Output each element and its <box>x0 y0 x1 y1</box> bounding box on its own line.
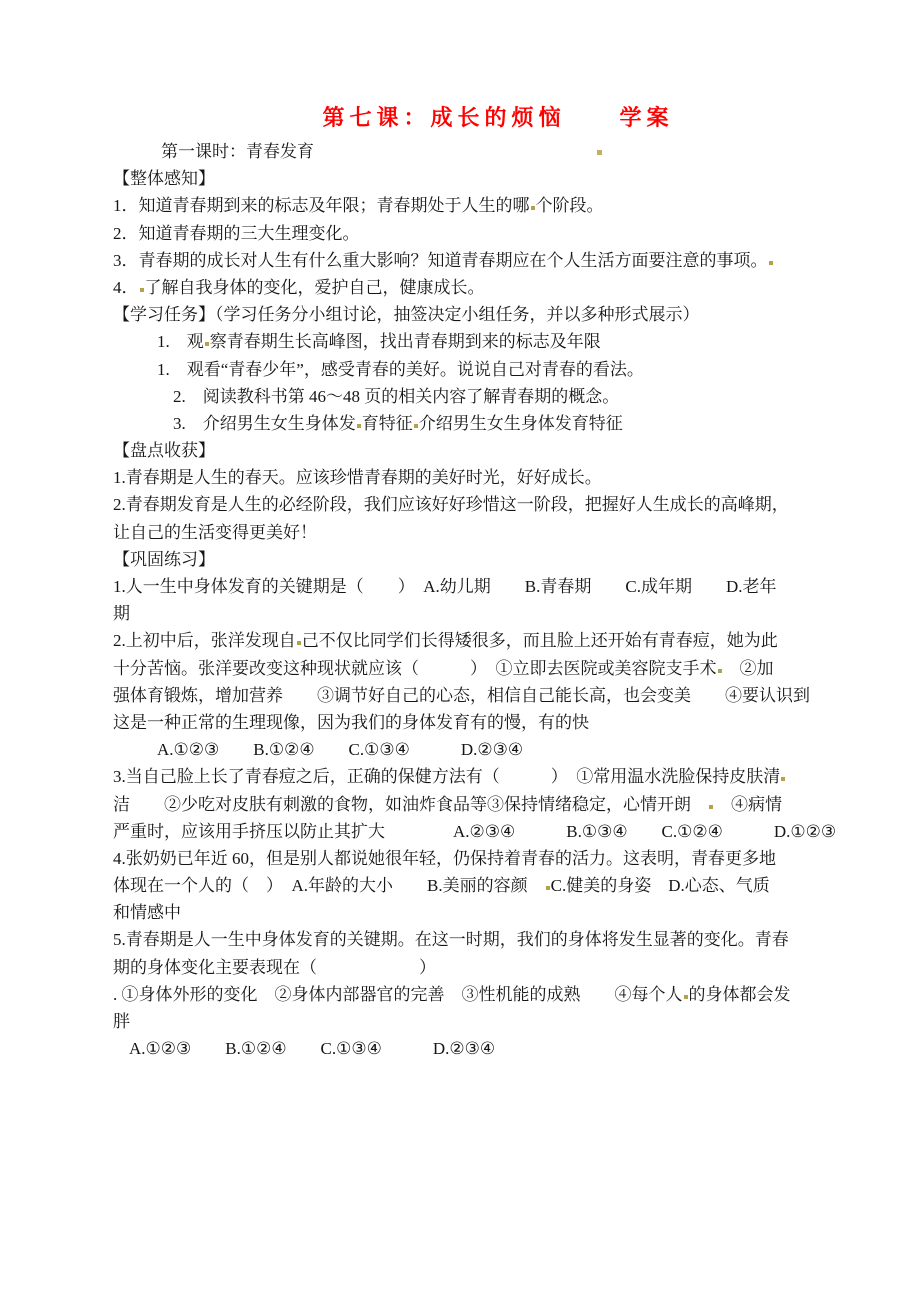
doc-line-12: 3. 介绍男生女生身体发育特征介绍男生女生身体发育特征 <box>113 410 920 437</box>
doc-line-4: 1．知道青春期到来的标志及年限；青春期处于人生的哪个阶段。 <box>113 192 920 219</box>
doc-line-32: 期的身体变化主要表现在（ ） <box>113 954 920 981</box>
section-heading-practice: 【巩固练习】 <box>113 546 920 573</box>
stray-mark <box>414 424 418 428</box>
stray-mark <box>709 805 713 809</box>
doc-line-34: 胖 <box>113 1008 920 1035</box>
doc-line-10: 1. 观看“青春少年”，感受青春的美好。说说自己对青春的看法。 <box>113 356 920 383</box>
doc-line-14: 1.青春期是人生的春天。应该珍惜青春期的美好时光，好好成长。 <box>113 464 920 491</box>
stray-mark <box>140 288 144 292</box>
doc-line-5: 2．知道青春期的三大生理变化。 <box>113 220 920 247</box>
doc-line-11: 2. 阅读教科书第 46～48 页的相关内容了解青春期的概念。 <box>113 383 920 410</box>
doc-line-9: 1. 观察青春期生长高峰图，找出青春期到来的标志及年限 <box>113 328 920 355</box>
doc-line-30: 和情感中 <box>113 899 920 926</box>
doc-line-29: 体现在一个人的（ ） A.年龄的大小 B.美丽的容颜 C.健美的身姿 D.心态、… <box>113 872 920 899</box>
stray-mark <box>357 424 361 428</box>
section-heading-tasks: 【学习任务】（学习任务分小组讨论，抽签决定小组任务，并以多种形式展示） <box>113 301 920 328</box>
doc-line-24: A.①②③ B.①②④ C.①③④ D.②③④ <box>113 736 920 763</box>
stray-mark <box>205 342 209 346</box>
doc-line-28: 4.张奶奶已年近 60，但是别人都说她很年轻，仍保持着青春的活力。这表明，青春更… <box>113 845 920 872</box>
doc-line-27: 严重时，应该用手挤压以防止其扩大 A.②③④ B.①③④ C.①②④ D.①②③ <box>113 818 920 845</box>
doc-line-6: 3．青春期的成长对人生有什么重大影响？知道青春期应在个人生活方面要注意的事项。 <box>113 247 920 274</box>
doc-line-35: A.①②③ B.①②④ C.①③④ D.②③④ <box>113 1035 920 1062</box>
doc-line-16: 让自己的生活变得更美好！ <box>113 519 920 546</box>
doc-line-23: 这是一种正常的生理现像，因为我们的身体发育有的慢，有的快 <box>113 709 920 736</box>
section-heading-overview: 【整体感知】 <box>113 165 920 192</box>
stray-mark <box>531 206 535 210</box>
doc-line-15: 2.青春期发育是人生的必经阶段，我们应该好好珍惜这一阶段，把握好人生成长的高峰期… <box>113 491 920 518</box>
doc-line-22: 强体育锻炼，增加营养 ③调节好自己的心态，相信自己能长高，也会变美 ④要认识到 <box>113 682 920 709</box>
stray-mark <box>297 641 301 645</box>
document-body: 第七课：成长的烦恼 学案第一课时：青春发育【整体感知】1．知道青春期到来的标志及… <box>113 98 920 1062</box>
doc-line-21: 十分苦恼。张洋要改变这种现状就应该（ ） ①立即去医院或美容院支手术 ②加 <box>113 655 920 682</box>
course-subtitle: 第一课时：青春发育 <box>113 138 920 165</box>
stray-mark <box>546 886 550 890</box>
doc-line-18: 1.人一生中身体发育的关键期是（ ） A.幼儿期 B.青春期 C.成年期 D.老… <box>113 573 920 600</box>
stray-mark <box>718 669 722 673</box>
doc-line-7: 4．了解自我身体的变化，爱护自己，健康成长。 <box>113 274 920 301</box>
doc-line-33: . ①身体外形的变化 ②身体内部器官的完善 ③性机能的成熟 ④每个人的身体都会发 <box>113 981 920 1008</box>
stray-mark <box>781 777 785 781</box>
stray-mark <box>597 150 602 155</box>
doc-line-26: 洁 ②少吃对皮肤有刺激的食物，如油炸食品等③保持情绪稳定，心情开朗 ④病情 <box>113 791 920 818</box>
worksheet-page: 第七课：成长的烦恼 学案第一课时：青春发育【整体感知】1．知道青春期到来的标志及… <box>0 0 920 1302</box>
doc-line-20: 2.上初中后，张洋发现自己不仅比同学们长得矮很多，而且脸上还开始有青春痘，她为此 <box>113 627 920 654</box>
doc-line-25: 3.当自己脸上长了青春痘之后，正确的保健方法有（ ） ①常用温水洗脸保持皮肤清 <box>113 763 920 790</box>
stray-mark <box>684 995 688 999</box>
section-heading-harvest: 【盘点收获】 <box>113 437 920 464</box>
doc-line-19: 期 <box>113 600 920 627</box>
doc-line-31: 5.青春期是人一生中身体发育的关键期。在这一时期，我们的身体将发生显著的变化。青… <box>113 926 920 953</box>
doc-title: 第七课：成长的烦恼 学案 <box>113 98 883 138</box>
stray-mark <box>769 261 773 265</box>
